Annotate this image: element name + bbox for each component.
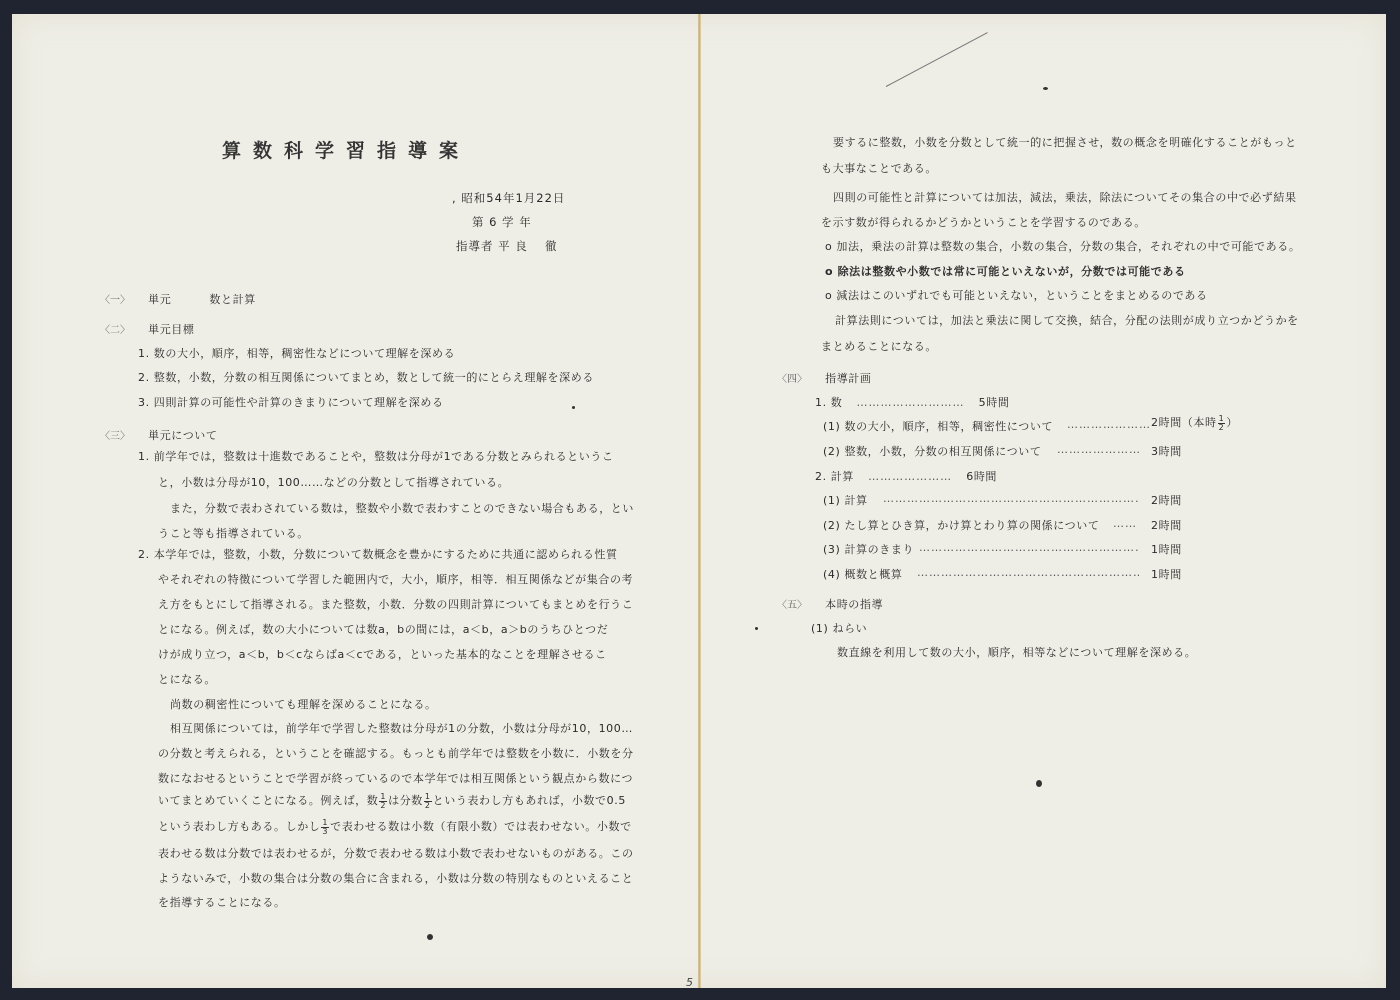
aim-text: 数直線を利用して数の大小，順序，相等などについて理解を深める。 — [837, 644, 1196, 660]
plan-hours: 3時間 — [1151, 443, 1182, 459]
plan-dots: …………………………………………………………… — [883, 492, 1139, 505]
text-line-with-fraction: という表わし方もある。しかし13で表わせる数は小数（有限小数）では表わせない。小… — [158, 818, 632, 836]
text-line: と，小数は分母が10，100……などの分数として指導されている。 — [158, 474, 509, 490]
section-5-lesson: 〈五〉 本時の指導 — [777, 596, 883, 612]
text-line: 計算法則については，加法と乗法に関して交換，結合，分配の法則が成り立つかどうかを — [835, 312, 1299, 328]
text-line: も大事なことである。 — [821, 160, 937, 176]
text-line: を指導することになる。 — [158, 894, 286, 910]
plan-dots: ………………… — [1067, 418, 1151, 431]
document-date: , 昭和54年1月22日 — [452, 190, 565, 206]
ink-speck — [427, 934, 433, 940]
text-line: ようないみで，小数の集合は分数の集合に含まれる，小数は分数の特別なものといえるこ… — [158, 870, 633, 886]
text-line: 1. 前学年では，整数は十進数であることや，整数は分母が1である分数とみられると… — [138, 448, 614, 464]
plan-item: (3) 計算のきまり — [823, 541, 914, 557]
section-marker: 〈二〉 — [100, 321, 130, 336]
plan-hours: 2時間 — [1151, 517, 1182, 533]
document-grade: 第 6 学 年 — [472, 214, 532, 230]
section-marker: 〈五〉 — [777, 596, 807, 611]
bullet-line: o 加法，乗法の計算は整数の集合，小数の集合，分数の集合，それぞれの中で可能であ… — [825, 238, 1300, 254]
text-line: え方をもとにして指導される。また整数，小数．分数の四則計算についてもまとめを行う… — [158, 596, 633, 612]
plan-hours: 1時間 — [1151, 566, 1182, 582]
text-line: 数になおせるということで学習が終っているので本学年では相互関係という観点から数に… — [158, 770, 633, 786]
section-4-plan: 〈四〉 指導計画 — [777, 370, 872, 386]
text-line: うこと等も指導されている。 — [158, 525, 309, 541]
plan-hours: 2時間 — [1151, 492, 1182, 508]
plan-hours: 2時間（本時12） — [1151, 414, 1238, 432]
page-number: 5 — [686, 976, 693, 989]
text-line: 要するに整数，小数を分数として統一的に把握させ，数の概念を明確化することがもっと — [833, 134, 1297, 150]
document-title: 算数科学習指導案 — [222, 136, 470, 163]
text-line: 尚数の稠密性についても理解を深めることになる。 — [170, 696, 437, 712]
fraction: 12 — [424, 793, 432, 810]
text-line: 相互関係については，前学年で学習した整数は分母が1の分数，小数は分母が10，10… — [170, 720, 633, 736]
plan-dots: ………………………………………………………… — [919, 541, 1139, 554]
paper-scratch — [886, 32, 988, 87]
section-marker: 〈四〉 — [777, 370, 807, 385]
plan-item: (2) 整数，小数，分数の相互関係について — [823, 443, 1041, 459]
bullet-line: o 減法はこのいずれでも可能といえない，ということをまとめるのである — [825, 287, 1208, 303]
plan-item: (1) 計算 — [823, 492, 868, 508]
plan-dots: …………………………………………………………… — [917, 566, 1139, 579]
plan-hours: 1時間 — [1151, 541, 1182, 557]
fraction: 13 — [321, 819, 329, 836]
goal-item: 1. 数の大小，順序，相等，稠密性などについて理解を深める — [138, 345, 455, 361]
section-marker: 〈一〉 — [100, 291, 130, 306]
aim-label: (1) ねらい — [811, 620, 867, 636]
section-1-unit: 〈一〉 単元 数と計算 — [100, 291, 256, 307]
text-line-with-fraction: いてまとめていくことになる。例えば，数12は分数12という表わし方もあれば，小数… — [158, 792, 626, 810]
section-marker: 〈三〉 — [100, 427, 130, 442]
fraction: 12 — [379, 793, 387, 810]
document-instructor: 指導者 平 良 徹 — [456, 238, 557, 254]
text-line: とになる。例えば，数の大小については数a，bの間には，a＜b，a＞bのうちひとつ… — [158, 621, 608, 637]
document-paper: 算数科学習指導案 , 昭和54年1月22日 第 6 学 年 指導者 平 良 徹 … — [12, 14, 1386, 988]
right-page: 要するに整数，小数を分数として統一的に把握させ，数の概念を明確化することがもっと… — [701, 14, 1386, 988]
ink-speck — [755, 627, 758, 630]
section-3-about-unit: 〈三〉 単元について — [100, 427, 218, 443]
text-line: の分数と考えられる，ということを確認する。もっとも前学年では整数を小数に．小数を… — [158, 745, 634, 761]
fraction: 12 — [1218, 415, 1226, 432]
text-line: まとめることになる。 — [821, 338, 937, 354]
section-2-goals: 〈二〉 単元目標 — [100, 321, 195, 337]
text-line: 四則の可能性と計算については加法，減法，乗法，除法についてその集合の中で必ず結果 — [833, 189, 1297, 205]
ink-speck — [572, 406, 575, 409]
text-line: けが成り立つ，a＜b，b＜cならばa＜cである，といった基本的なことを理解させる… — [158, 646, 607, 662]
bullet-line-bold: o 除法は整数や小数では常に可能といえないが，分数では可能である — [825, 263, 1186, 279]
ink-speck — [1043, 87, 1048, 90]
text-line: 2. 本学年では，整数，小数，分数について数概念を豊かにするために共通に認められ… — [138, 546, 618, 562]
text-line: とになる。 — [158, 671, 216, 687]
plan-item: 1. 数 ……………………… 5時間 — [815, 394, 1009, 410]
plan-item: 2. 計算 ………………… 6時間 — [815, 468, 997, 484]
left-page: 算数科学習指導案 , 昭和54年1月22日 第 6 学 年 指導者 平 良 徹 … — [12, 14, 698, 988]
goal-item: 2. 整数，小数，分数の相互関係についてまとめ，数として統一的にとらえ理解を深め… — [138, 369, 594, 385]
text-line: を示す数が得られるかどうかということを学習するのである。 — [821, 214, 1146, 230]
text-line: やそれぞれの特徴について学習した範囲内で，大小，順序，相等．相互関係などが集合の… — [158, 571, 633, 587]
plan-item: (4) 概数と概算 — [823, 566, 902, 582]
text-line: 表わせる数は分数では表わせるが，分数で表わせる数は小数で表わせないものがある。こ… — [158, 845, 634, 861]
plan-dots: …… — [1113, 517, 1137, 530]
plan-dots: ………………… — [1057, 443, 1141, 456]
text-line: また，分数で表わされている数は，整数や小数で表わすことのできない場合もある，とい — [170, 500, 634, 516]
plan-item: (2) たし算とひき算，かけ算とわり算の関係について — [823, 517, 1099, 533]
ink-speck — [1036, 780, 1042, 787]
goal-item: 3. 四則計算の可能性や計算のきまりについて理解を深める — [138, 394, 444, 410]
plan-item: (1) 数の大小，順序，相等，稠密性について — [823, 418, 1053, 434]
